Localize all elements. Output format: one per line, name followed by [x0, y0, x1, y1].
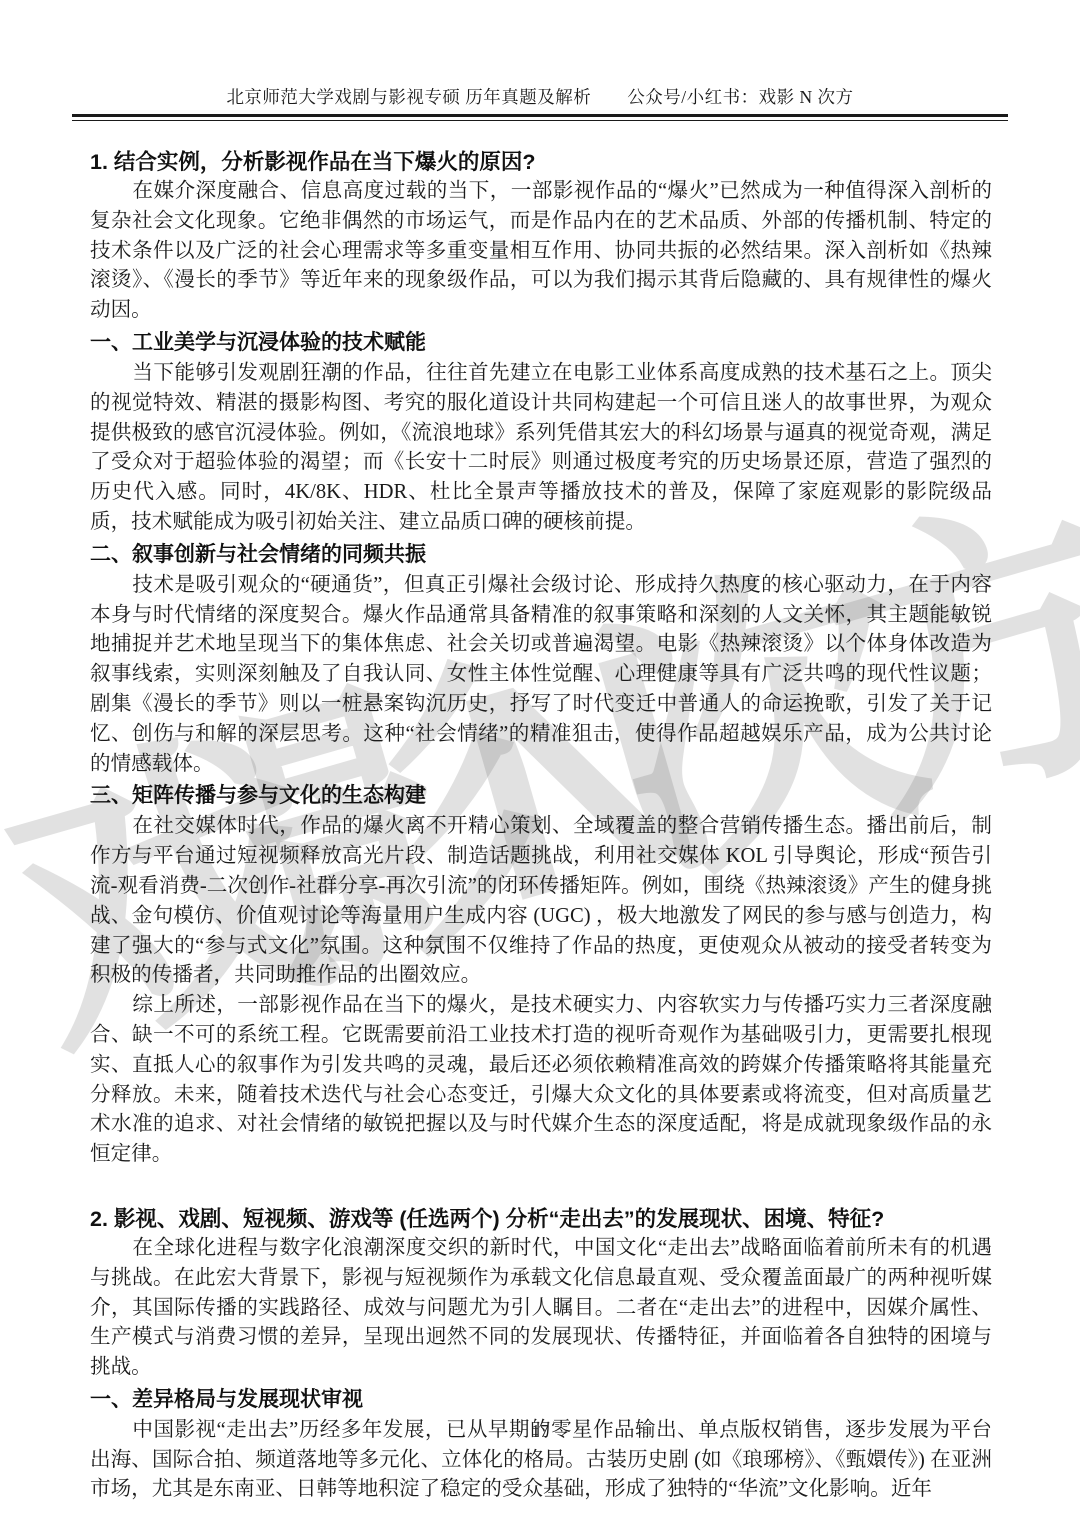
question-1-intro-paragraph: 在媒介深度融合、信息高度过载的当下，一部影视作品的“爆火”已然成为一种值得深入剖… [90, 177, 992, 326]
question-1-title: 1. 结合实例，分析影视作品在当下爆火的原因? [90, 147, 992, 177]
document-page: 戏影N次方 北京师范大学戏剧与影视专硕 历年真题及解析 公众号/小红书：戏影 N… [0, 0, 1080, 1531]
page-header: 北京师范大学戏剧与影视专硕 历年真题及解析 公众号/小红书：戏影 N 次方 [0, 0, 1080, 121]
q2-section-1-heading: 一、差异格局与发展现状审视 [90, 1385, 992, 1415]
header-title: 北京师范大学戏剧与影视专硕 历年真题及解析 公众号/小红书：戏影 N 次方 [0, 0, 1080, 109]
q1-section-2-heading: 二、叙事创新与社会情绪的同频共振 [90, 540, 992, 570]
q1-section-1-paragraph: 当下能够引发观剧狂潮的作品，往往首先建立在电影工业体系高度成熟的技术基石之上。顶… [90, 359, 992, 538]
q1-section-1-heading: 一、工业美学与沉浸体验的技术赋能 [90, 328, 992, 358]
page-number: 17 [0, 1421, 1080, 1442]
q1-section-3-heading: 三、矩阵传播与参与文化的生态构建 [90, 781, 992, 811]
question-2-title: 2. 影视、戏剧、短视频、游戏等 (任选两个) 分析“走出去”的发展现状、困境、… [90, 1204, 992, 1234]
q1-section-2-paragraph: 技术是吸引观众的“硬通货”，但真正引爆社会级讨论、形成持久热度的核心驱动力，在于… [90, 571, 992, 780]
q1-section-3-paragraph: 在社交媒体时代，作品的爆火离不开精心策划、全域覆盖的整合营销传播生态。播出前后，… [90, 812, 992, 991]
header-divider [72, 114, 1008, 121]
question-2-intro-paragraph: 在全球化进程与数字化浪潮深度交织的新时代，中国文化“走出去”战略面临着前所未有的… [90, 1234, 992, 1383]
document-body: 1. 结合实例，分析影视作品在当下爆火的原因? 在媒介深度融合、信息高度过载的当… [90, 147, 992, 1505]
q1-conclusion-paragraph: 综上所述，一部影视作品在当下的爆火，是技术硬实力、内容软实力与传播巧实力三者深度… [90, 991, 992, 1170]
